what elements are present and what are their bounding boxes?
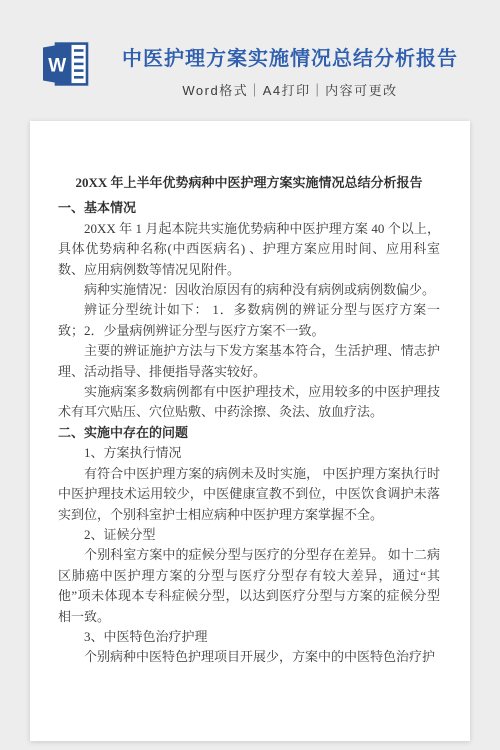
doc-block-title: 20XX 年上半年优势病种中医护理方案实施情况总结分析报告 [58, 173, 440, 193]
header-titles: 中医护理方案实施情况总结分析报告 Word格式｜A4打印｜内容可更改 [122, 40, 458, 99]
doc-block-h: 二、实施中存在的问题 [58, 423, 440, 443]
doc-block-p: 病种实施情况：因收治原因有的病种没有病例或病例数偏少。 [58, 280, 440, 300]
doc-block-p: 1、方案执行情况 [58, 443, 440, 463]
doc-block-p: 个别病种中医特色护理项目开展少，方案中的中医特色治疗护 [58, 647, 440, 667]
doc-block-h: 一、基本情况 [58, 198, 440, 218]
doc-block-p: 2、证候分型 [58, 525, 440, 545]
doc-block-p: 个别科室方案中的症候分型与医疗的分型存在差异。 如十二病区肺癌中医护理方案的分型… [58, 545, 440, 627]
doc-block-p: 主要的辨证施护方法与下发方案基本符合，生活护理、情志护理、活动指导、排便指导落实… [58, 341, 440, 382]
doc-block-p: 有符合中医护理方案的病例未及时实施， 中医护理方案执行时中医护理技术运用较少，中… [58, 464, 440, 525]
page-title: 中医护理方案实施情况总结分析报告 [122, 42, 458, 71]
doc-block-p: 实施病案多数病例都有中医护理技术，应用较多的中医护理技术有耳穴贴压、穴位贴敷、中… [58, 382, 440, 423]
document-page: 20XX 年上半年优势病种中医护理方案实施情况总结分析报告一、基本情况20XX … [30, 121, 470, 741]
doc-block-p: 3、中医特色治疗护理 [58, 627, 440, 647]
header: W 中医护理方案实施情况总结分析报告 Word格式｜A4打印｜内容可更改 [0, 0, 500, 121]
doc-block-p: 辨证分型统计如下： 1．多数病例的辨证分型与医疗方案一致；2．少量病例辨证分型与… [58, 300, 440, 341]
doc-block-p: 20XX 年 1 月起本院共实施优势病种中医护理方案 40 个以上，具体优势病种… [58, 219, 440, 280]
word-file-icon: W [42, 41, 90, 92]
svg-text:W: W [48, 56, 66, 77]
format-subtitle: Word格式｜A4打印｜内容可更改 [182, 80, 397, 99]
